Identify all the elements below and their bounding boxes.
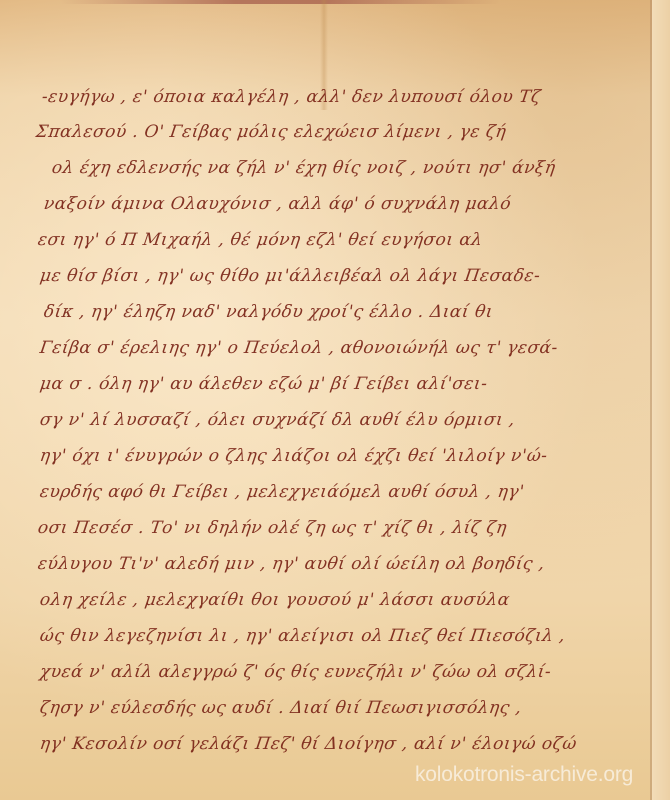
manuscript-page: -ευγήγω , ε' όποια καλγέλη , αλλ' δεν λυ…: [0, 0, 670, 800]
handwritten-text-body: -ευγήγω , ε' όποια καλγέλη , αλλ' δεν λυ…: [0, 0, 670, 800]
handwritten-line: εσι ηγ' ό Π Μιχαήλ , θέ μόνη εζλ' θεί ευ…: [37, 230, 484, 250]
handwritten-line: χυεά ν' αλίλ αλεγγρώ ζ' ός θίς ευνεζήλι …: [39, 662, 553, 682]
handwritten-line: Σπαλεσού . Ο' Γείβας μόλις ελεχώεισ λίμε…: [35, 122, 508, 142]
handwritten-line: δίκ , ηγ' έληζη ναδ' ναλγόδυ χροί'ς έλλο…: [43, 302, 495, 322]
handwritten-line: Γείβα σ' έρελιης ηγ' ο Πεύελολ , αθονοιώ…: [39, 338, 560, 358]
handwritten-line: ευρδής αφό θι Γείβει , μελεχγειάόμελ αυθ…: [39, 482, 526, 502]
handwritten-line: μα σ . όλη ηγ' αυ άλεθεν εζώ μ' βί Γείβε…: [39, 374, 489, 394]
handwritten-line: ναξοίν άμινα Ολαυχόνισ , αλλ άφ' ό συχνά…: [43, 194, 513, 214]
handwritten-line: ολη χείλε , μελεχγαίθι θοι γουσού μ' λάσ…: [39, 590, 512, 610]
handwritten-line: ζησγ ν' εύλεσδής ως αυδί . Διαί θιί Πεωσ…: [39, 698, 523, 718]
handwritten-line: ηγ' όχι ι' ένυγρών ο ζλης λιάζοι ολ έχζι…: [39, 446, 549, 466]
handwritten-line: ηγ' Κεσολίν οσί γελάζι Πεζ' θί Διοίγησ ,…: [39, 734, 579, 754]
archive-watermark: kolokotronis-archive.org: [415, 763, 633, 787]
handwritten-line: εύλυγου Τι'ν' αλεδή μιν , ηγ' αυθί ολί ώ…: [37, 554, 547, 574]
handwritten-line: οσι Πεσέσ . Το' νι δηλήν ολέ ζη ως τ' χί…: [37, 518, 509, 538]
handwritten-line: με θίσ βίσι , ηγ' ως θίθο μι'άλλειβέαλ ο…: [39, 266, 542, 286]
handwritten-line: -ευγήγω , ε' όποια καλγέλη , αλλ' δεν λυ…: [41, 87, 543, 107]
handwritten-line: σγ ν' λί λυσσαζί , όλει συχνάζί δλ αυθί …: [39, 410, 517, 430]
handwritten-line: ολ έχη εδλενσής να ζήλ ν' έχη θίς νοιζ ,…: [51, 158, 557, 178]
handwritten-line: ώς θιν λεγεζηνίσι λι , ηγ' αλείγισι ολ Π…: [39, 626, 567, 646]
